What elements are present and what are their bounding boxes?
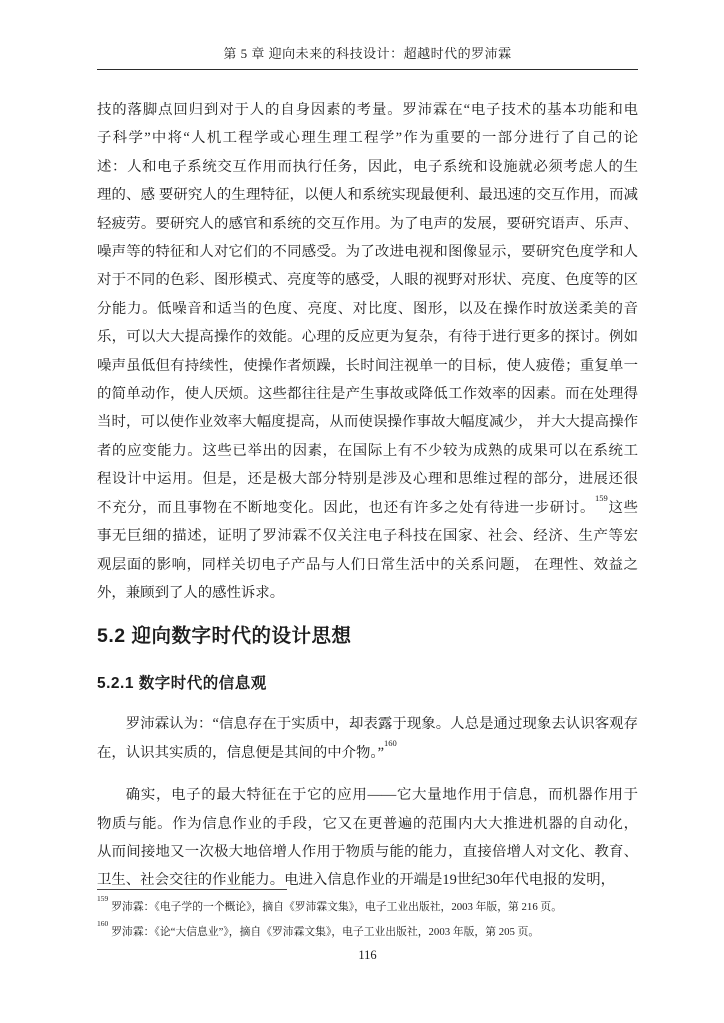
document-page: 第 5 章 迎向未来的科技设计：超越时代的罗沛霖 技的落脚点回归到对于人的自身因… xyxy=(0,0,724,1023)
paragraph-line: 物质与能。作为信息作业的手段，它又在更普遍的范围内大大推进机器的自动化， xyxy=(97,810,638,838)
footnote-160: 160罗沛霖：《论“大信息业”》，摘自《罗沛霖文集》，电子工业出版社，2003 … xyxy=(97,920,638,945)
footnote-159: 159罗沛霖：《电子学的一个概论》，摘自《罗沛霖文集》，电子工业出版社，2003… xyxy=(97,895,638,920)
paragraph-line: 子科学”中将“人机工程学或心理生理工程学”作为重要的一部分进行了自己的论 xyxy=(97,124,638,152)
paragraph-line: 理的、感 要研究人的生理特征，以便人和系统实现最便利、最迅速的交互作用，而减 xyxy=(97,181,638,209)
document-body: 技的落脚点回归到对于人的自身因素的考量。罗沛霖在“电子技术的基本功能和电子科学”… xyxy=(97,96,638,895)
paragraph-line: 述：人和电子系统交互作用而执行任务，因此，电子系统和设施就必须考虑人的生 xyxy=(97,153,638,181)
paragraph-line: 卫生、社会交往的作业能力。电进入信息作业的开端是19世纪30年代电报的发明， xyxy=(97,866,638,894)
footnote-ref-160: 160 xyxy=(384,738,397,748)
paragraph-line: 分能力。低噪音和适当的色度、亮度、对比度、图形，以及在操作时放送柔美的音 xyxy=(97,295,638,323)
footnote-number: 159 xyxy=(97,894,108,903)
section-heading-5-2: 5.2 迎向数字时代的设计思想 xyxy=(97,623,638,649)
running-header: 第 5 章 迎向未来的科技设计：超越时代的罗沛霖 xyxy=(97,0,638,70)
paragraph-line: 外，兼顾到了人的感性诉求。 xyxy=(97,579,638,607)
paragraph-line: 乐，可以大大提高操作的效能。心理的反应更为复杂，有待于进行更多的探讨。例如 xyxy=(97,323,638,351)
paragraph-line: 技的落脚点回归到对于人的自身因素的考量。罗沛霖在“电子技术的基本功能和电 xyxy=(97,96,638,124)
footnote-ref-159: 159 xyxy=(595,493,608,503)
section-heading-5-2-1: 5.2.1 数字时代的信息观 xyxy=(97,673,638,694)
footnote-text: 罗沛霖：《电子学的一个概论》，摘自《罗沛霖文集》，电子工业出版社，2003 年版… xyxy=(111,901,562,913)
paragraph-line: 程设计中运用。但是，还是极大部分特别是涉及心理和思维过程的部分，进展还很 xyxy=(97,465,638,493)
paragraph-electronics-application: 确实，电子的最大特征在于它的应用——它大量地作用于信息，而机器作用于物质与能。作… xyxy=(97,781,638,895)
paragraph-line: 确实，电子的最大特征在于它的应用——它大量地作用于信息，而机器作用于 xyxy=(97,781,638,809)
paragraph-line: 从而间接地又一次极大地倍增人作用于物质与能的能力，直接倍增人对文化、教育、 xyxy=(97,838,638,866)
paragraph-line: 事无巨细的描述，证明了罗沛霖不仅关注电子科技在国家、社会、经济、生产等宏 xyxy=(97,522,638,550)
paragraph-information-view-quote: 罗沛霖认为：“信息存在于实质中，却表露于现象。人总是通过现象去认识客观存在，认识… xyxy=(97,710,638,767)
paragraph-line: 噪声等的特征和人对它们的不同感受。为了改进电视和图像显示，要研究色度学和人 xyxy=(97,238,638,266)
paragraph-line: 当时，可以使作业效率大幅度提高，从而使误操作事故大幅度减少， 并大大提高操作 xyxy=(97,408,638,436)
paragraph-line: 对于不同的色彩、图形模式、亮度等的感受，人眼的视野对形状、亮度、色度等的区 xyxy=(97,266,638,294)
paragraph-line: 罗沛霖认为：“信息存在于实质中，却表露于现象。人总是通过现象去认识客观存 xyxy=(97,710,638,738)
paragraph-line: 噪声虽低但有持续性，使操作者烦躁，长时间注视单一的目标，使人疲倦；重复单一 xyxy=(97,352,638,380)
footnote-number: 160 xyxy=(97,919,108,928)
paragraph-line: 不充分，而且事物在不断地变化。因此，也还有许多之处有待进一步研讨。159这些 xyxy=(97,494,638,522)
footnote-text: 罗沛霖：《论“大信息业”》，摘自《罗沛霖文集》，电子工业出版社，2003 年版，… xyxy=(111,926,539,938)
paragraph-line: 观层面的影响，同样关切电子产品与人们日常生活中的关系问题， 在理性、效益之 xyxy=(97,551,638,579)
page-number: 116 xyxy=(97,947,638,963)
paragraph-line: 轻疲劳。要研究人的感官和系统的交互作用。为了电声的发展，要研究语声、乐声、 xyxy=(97,210,638,238)
paragraph-line: 在，认识其实质的，信息便是其间的中介物。”160 xyxy=(97,739,638,767)
paragraph-line: 的简单动作，使人厌烦。这些都往往是产生事故或降低工作效率的因素。而在处理得 xyxy=(97,380,638,408)
footnote-list: 159罗沛霖：《电子学的一个概论》，摘自《罗沛霖文集》，电子工业出版社，2003… xyxy=(97,895,638,945)
paragraph-line: 者的应变能力。这些已举出的因素，在国际上有不少较为成熟的成果可以在系统工 xyxy=(97,437,638,465)
paragraph-human-factors: 技的落脚点回归到对于人的自身因素的考量。罗沛霖在“电子技术的基本功能和电子科学”… xyxy=(97,96,638,607)
footnote-block: 159罗沛霖：《电子学的一个概论》，摘自《罗沛霖文集》，电子工业出版社，2003… xyxy=(97,889,638,945)
